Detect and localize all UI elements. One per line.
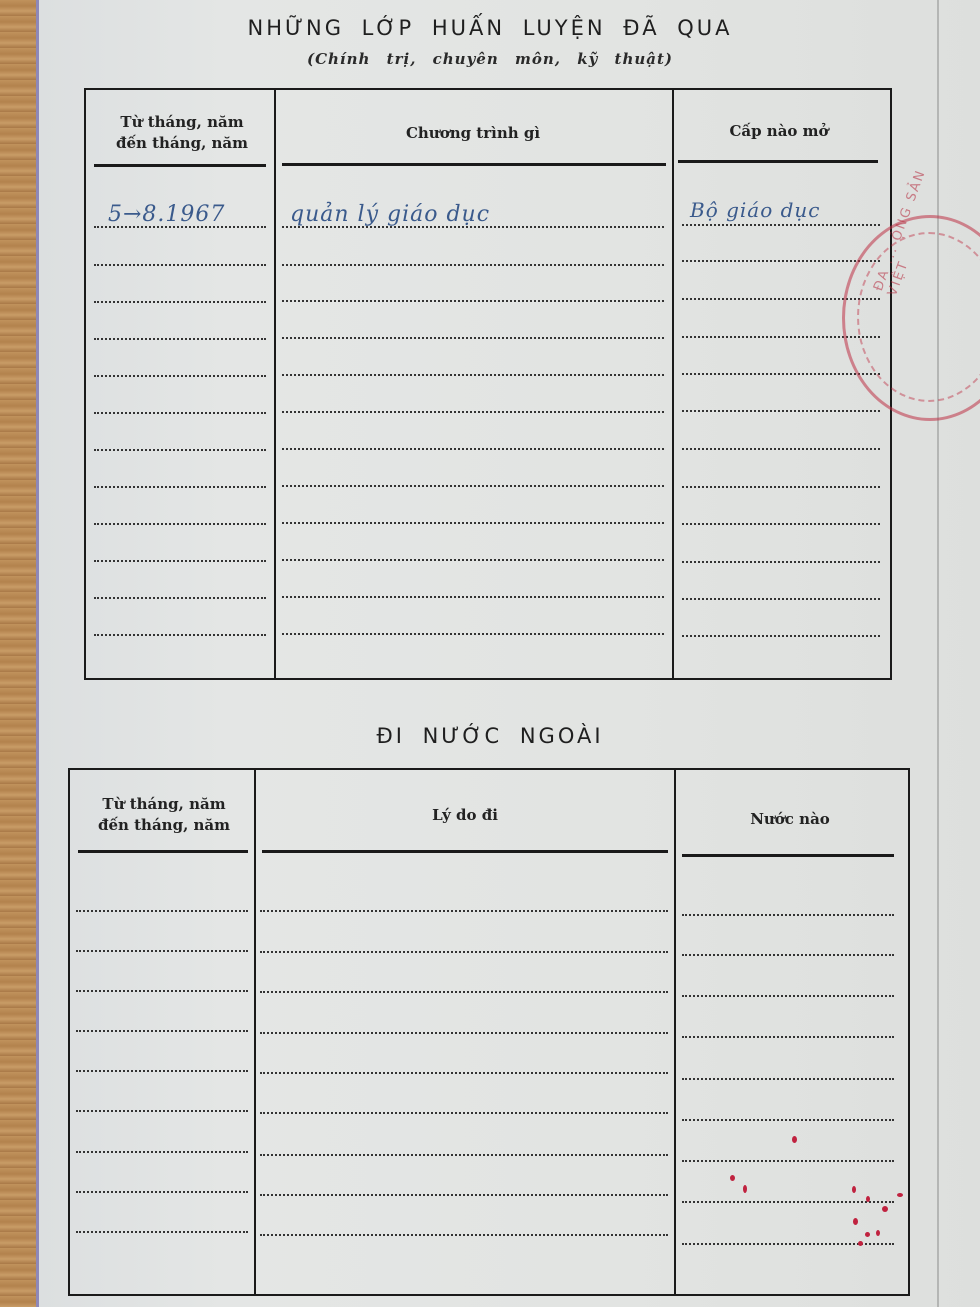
row-line: [76, 910, 248, 912]
row-line: [282, 411, 664, 413]
row-line: [682, 1036, 894, 1038]
row-line: [282, 559, 664, 561]
row-line: [76, 990, 248, 992]
ink-speck: [882, 1206, 888, 1212]
row-line: [260, 951, 668, 953]
row-line: [282, 374, 664, 376]
row-line: [94, 634, 266, 636]
row-line: [76, 1030, 248, 1032]
header-reason: Lý do đi: [260, 780, 670, 850]
ink-speck: [730, 1175, 735, 1181]
header-rule: [678, 160, 878, 163]
row-line: [682, 954, 894, 956]
row-line: [682, 486, 880, 488]
row-line: [260, 1154, 668, 1156]
column-divider: [674, 770, 676, 1294]
column-divider: [274, 90, 276, 678]
header-rule: [282, 163, 666, 166]
row-line: [76, 950, 248, 952]
row-line: [94, 449, 266, 451]
header-rule: [78, 850, 248, 853]
row-line: [282, 226, 664, 228]
row-line: [94, 412, 266, 414]
row-line: [260, 1072, 668, 1074]
header-organizer: Cấp nào mở: [676, 100, 882, 162]
header-program: Chương trình gì: [278, 100, 668, 166]
header-period: Từ tháng, năm đến tháng, năm: [96, 100, 268, 166]
row-line: [94, 486, 266, 488]
row-line: [94, 264, 266, 266]
row-line: [282, 633, 664, 635]
row-line: [260, 1032, 668, 1034]
row-line: [682, 260, 880, 262]
row-line: [76, 1070, 248, 1072]
row-line: [282, 264, 664, 266]
entry-period: 5→8.1967: [108, 202, 225, 227]
row-line: [282, 596, 664, 598]
row-line: [682, 523, 880, 525]
ink-speck: [866, 1196, 870, 1202]
ink-speck: [858, 1241, 863, 1246]
row-line: [94, 560, 266, 562]
row-line: [260, 910, 668, 912]
row-line: [682, 448, 880, 450]
training-table: Từ tháng, năm đến tháng, năm Chương trìn…: [84, 88, 892, 680]
row-line: [76, 1231, 248, 1233]
wooden-desk-background: [0, 0, 40, 1307]
row-line: [94, 597, 266, 599]
row-line: [682, 1078, 894, 1080]
ink-speck: [792, 1136, 797, 1143]
row-line: [682, 1160, 894, 1162]
row-line: [282, 522, 664, 524]
column-divider: [672, 90, 674, 678]
row-line: [282, 485, 664, 487]
row-line: [76, 1151, 248, 1153]
ink-speck: [852, 1186, 856, 1193]
row-line: [682, 1119, 894, 1121]
row-line: [94, 301, 266, 303]
row-line: [260, 1194, 668, 1196]
row-line: [682, 373, 880, 375]
row-line: [260, 1112, 668, 1114]
row-line: [94, 523, 266, 525]
row-line: [94, 338, 266, 340]
row-line: [94, 226, 266, 228]
header-rule: [682, 854, 894, 857]
row-line: [76, 1191, 248, 1193]
stamp-inner-ring: [857, 232, 980, 402]
ink-speck: [743, 1185, 747, 1193]
header-rule: [262, 850, 668, 853]
row-line: [682, 1201, 894, 1203]
row-line: [682, 635, 880, 637]
section2-title: ĐI NƯỚC NGOÀI: [0, 724, 980, 748]
row-line: [282, 448, 664, 450]
row-line: [76, 1110, 248, 1112]
header-country: Nước nào: [680, 782, 900, 856]
row-line: [682, 410, 880, 412]
row-line: [682, 561, 880, 563]
ink-speck: [897, 1193, 903, 1197]
row-line: [682, 598, 880, 600]
section1-subtitle: (Chính trị, chuyên môn, kỹ thuật): [0, 50, 980, 68]
page-fold-line: [937, 0, 939, 1307]
row-line: [682, 995, 894, 997]
entry-program: quản lý giáo dục: [290, 202, 490, 227]
foreign-travel-table: Từ tháng, năm đến tháng, năm Lý do đi Nư…: [68, 768, 910, 1296]
row-line: [282, 337, 664, 339]
row-line: [282, 300, 664, 302]
entry-organizer: Bộ giáo dục: [690, 198, 821, 222]
ink-speck: [865, 1232, 870, 1237]
column-divider: [254, 770, 256, 1294]
header-rule: [94, 164, 266, 167]
ink-speck: [876, 1230, 880, 1236]
section1-title: NHỮNG LỚP HUẤN LUYỆN ĐÃ QUA: [0, 16, 980, 40]
row-line: [260, 1234, 668, 1236]
header-period: Từ tháng, năm đến tháng, năm: [78, 780, 250, 850]
ink-speck: [853, 1218, 858, 1225]
row-line: [94, 375, 266, 377]
row-line: [682, 914, 894, 916]
row-line: [682, 224, 880, 226]
row-line: [260, 991, 668, 993]
